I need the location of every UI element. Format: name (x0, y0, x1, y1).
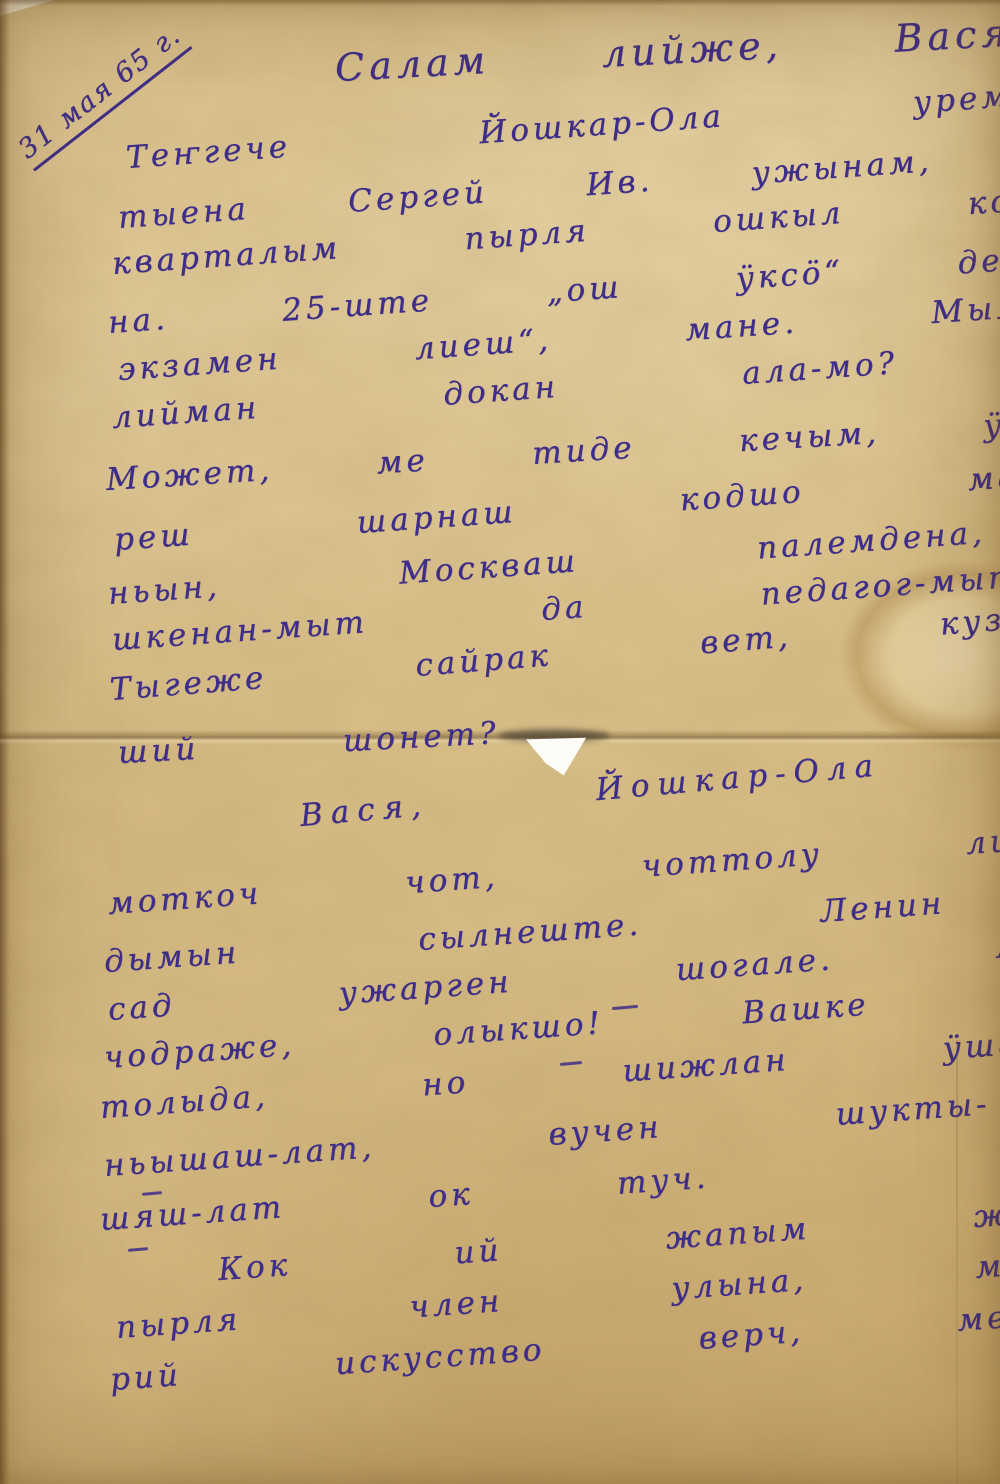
ink-dash (128, 1247, 148, 1252)
paper-hole (524, 737, 588, 777)
scan-edge-shadow-top (0, 0, 1000, 6)
handwritten-line-13: Вася, Йошкар-Ола (298, 747, 882, 834)
ink-dash (142, 1191, 162, 1196)
letter-page: 31 мая 65 г. Салам лийже, Вася! Теҥгече … (0, 0, 1000, 1484)
handwritten-line-12: ший шонет? (117, 715, 500, 771)
greeting-line: Салам лийже, Вася! (334, 10, 1000, 90)
